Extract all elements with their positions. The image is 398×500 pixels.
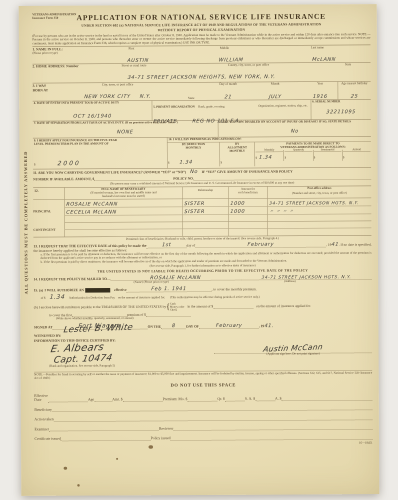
stain-spot <box>116 458 118 460</box>
applicant-sign-caption: (Applicant sign here. Do not print signa… <box>214 352 372 356</box>
value-signed-month: February <box>215 324 242 328</box>
beneficiary-amount: 1000 <box>230 201 245 207</box>
scanned-form-paper: ALL QUESTIONS MUST BE COMPLETELY ANSWERE… <box>19 4 380 496</box>
col-year: Year <box>303 82 338 86</box>
admin-examiner: Examiner <box>34 427 49 431</box>
field-3-born-at: 3. I WAS BORN AT City, town, or post off… <box>33 82 371 102</box>
beneficiary-address: 〃 〃 〃 〃 <box>269 208 294 214</box>
field-11-line2a: NUMBER IF AVAILABLE. AMOUNT, $ <box>33 177 94 182</box>
field-15b-tail: on the amount of insurance applied for. <box>256 304 311 309</box>
beneficiary-relationship: SISTER <box>184 201 205 207</box>
header-address-sub: (Number and street, city, town, or post … <box>268 192 371 196</box>
permitted-class-note: Permitted class of beneficiaries: Husban… <box>33 237 371 242</box>
fraud-note: NOTE.—Penalties for fraud in securing by… <box>34 370 372 380</box>
signature-block: SIGNED AT Fort Niagara ON THE 8 DAY OF F… <box>34 322 372 372</box>
admin-premium: Premium: Mo. $ <box>163 397 188 401</box>
beneficiary-address: 34-71 STREET JACKSON HGTS. N.Y. <box>269 201 359 206</box>
field-11: 11. ARE YOU NOW CARRYING GOVERNMENT LIFE… <box>33 168 371 188</box>
do-not-use-title: DO NOT USE THIS SPACE <box>34 381 372 388</box>
field-6-label: 6. SERIAL NUMBER <box>312 100 370 104</box>
header-beneficiary-name-sub: (If married woman, her own first and mid… <box>65 191 182 199</box>
certifier-caption: (Rank and organization. See reverse side… <box>49 364 115 368</box>
field-11-line2b: POLICY NO. <box>173 176 194 180</box>
header-address: Post-office address <box>268 187 371 191</box>
field-9-line2: LEVEL PREMIUM TERM PLAN IN THE AMOUNT OF <box>34 142 166 146</box>
dollar-sign: $ <box>343 156 345 159</box>
admin-block: DO NOT USE THIS SPACE Effective Date Age… <box>34 381 372 446</box>
admin-reviewer: Reviewer <box>159 426 173 430</box>
field-15a-mid: on the amount of insurance applied for, <box>118 296 165 300</box>
field-14-label: 14. I REQUEST THE POLICY BE MAILED TO— <box>34 277 111 282</box>
field-13-liability: THE UNITED STATES IS NOT LIABLE FOR DEAT… <box>34 268 372 274</box>
print-code: 16—18451 <box>35 441 373 446</box>
header-amount: Amount for each beneficiary <box>229 188 268 195</box>
beneficiary-table: 12. FULL NAME OF BENEFICIARY (If married… <box>33 186 371 238</box>
admin-certificate: Certificate issued <box>34 437 60 441</box>
value-birth-year: 1916 <box>302 94 338 100</box>
col-month: Month <box>248 82 303 86</box>
payment-options: Cash Money order Check <box>170 302 185 311</box>
admin-qr: Qr. $ <box>217 397 225 401</box>
value-signed-day: 8 <box>172 324 176 328</box>
value-disabled: No <box>290 129 298 135</box>
stain-spot <box>77 484 80 487</box>
principal-rows: PRINCIPAL ROSALIE McCANN SISTER 1000 34-… <box>33 198 371 223</box>
admin-sa: S. A. $ <box>245 397 255 401</box>
field-4-label: 4. DATE OF ENTRY INTO PRESENT TOUR OF AC… <box>34 101 151 105</box>
value-15a-amount: 1.34 <box>49 293 65 300</box>
col-state: State <box>326 63 371 67</box>
col-city: City, town, or post office <box>62 83 174 87</box>
value-entry-date: OCT 16/1940 <box>73 114 112 120</box>
value-effective-day: 1st <box>162 243 172 247</box>
fields-4-5-6: 4. DATE OF ENTRY INTO PRESENT TOUR OF AC… <box>33 100 371 122</box>
form-content: VETERANS ADMINISTRATION Insurance Form 3… <box>32 8 372 447</box>
value-15a-date: Feb 1. 1941 <box>151 287 187 291</box>
left-margin-note: ALL QUESTIONS MUST BE COMPLETELY ANSWERE… <box>23 151 29 294</box>
field-2-label: 2. HOME ADDRESS: Number <box>33 64 97 69</box>
field-2-home-address: 2. HOME ADDRESS: Number Street or rural … <box>33 63 371 84</box>
col-middle: Middle <box>184 46 264 50</box>
col-county: County, city, town, or post office <box>172 63 326 68</box>
admin-policy: Policy issued <box>151 436 171 440</box>
col-day: Day of month <box>209 82 248 86</box>
field-15b-amt: in the amount of $ <box>187 305 213 309</box>
field-14: 14. I REQUEST THE POLICY BE MAILED TO— R… <box>34 275 372 285</box>
col-street: Street or rural route <box>97 64 172 69</box>
field-15a: 15. (a) I WILL AUTHORIZE AN ALLOTMENT ef… <box>34 286 372 300</box>
field-15a-note: (This authorization may be effective dur… <box>170 296 260 300</box>
fields-7-8: 7. DATE OF SEPARATION FROM LAST TOUR OF … <box>33 120 371 139</box>
value-carrying-insurance: No <box>190 170 198 174</box>
field-15b: (b) I enclose herewith remittance payabl… <box>34 301 372 321</box>
form-header: VETERANS ADMINISTRATION Insurance Form 3… <box>32 13 370 47</box>
col-age: Age nearest birthday <box>338 82 371 86</box>
admin-beneficiary: Beneficiary <box>34 408 52 412</box>
form-number: VETERANS ADMINISTRATION Insurance Form 3… <box>32 13 76 20</box>
beneficiary-name: ROSALIE McCANN <box>66 202 118 208</box>
witnessed-by-label: WITNESSED BY: <box>34 334 61 338</box>
value-direct-monthly: 1.34 <box>259 155 273 161</box>
beneficiary-relationship: SISTER <box>184 209 205 215</box>
value-separation: NONE <box>117 129 134 135</box>
value-serial-number: 32211095 <box>326 109 356 115</box>
value-birth-state: N.Y. <box>139 94 151 100</box>
col-last: Last name <box>277 46 357 50</box>
value-amount-applied: 2000 <box>57 160 81 167</box>
col-deduction: BY DEDUCTION MONTHLY <box>168 143 219 150</box>
col-allotment: BY ALLOTMENT MONTHLY <box>220 143 254 154</box>
field-1-sublabel: (Please print or type) <box>32 51 91 55</box>
field-5-label: 5. PRESENT ORGANIZATION <box>153 106 194 109</box>
admin-effective-date: Effective Date <box>34 394 48 403</box>
value-effective-year: 41 <box>331 243 339 247</box>
dollar-sign: $ <box>256 157 258 160</box>
field-7-label: 7. DATE OF SEPARATION FROM LAST TOUR OF … <box>34 121 217 125</box>
certifier-rank: Capt. 10474 <box>53 352 113 365</box>
field-15a-auth: Authorization for Deduction from Pay <box>69 296 115 300</box>
field-5-sub2: Organization, regiment, station, ship, e… <box>258 105 308 109</box>
label-contingent: CONTINGENT <box>33 223 64 237</box>
admin-action: Action taken <box>34 417 53 421</box>
caption-address: (Address) <box>284 280 296 284</box>
value-birth-day: 21 <box>208 94 248 100</box>
field-13-dayof: day of <box>186 244 195 248</box>
witness-signature: Lester B. White <box>63 322 134 335</box>
field-15a-eff-label: effective <box>114 288 126 292</box>
caption-name: (Name) (Please print or type) <box>134 281 169 285</box>
stamp-mark: ✳ <box>197 16 201 22</box>
field-13-tail: . If no date is specified, <box>339 243 372 247</box>
field-15b-caption: (Write above whether monthly, quarterly,… <box>56 316 372 321</box>
dollar-sign: $ <box>285 157 287 160</box>
allotment-struck: ALLOTMENT <box>85 288 110 292</box>
photo-backdrop: ALL QUESTIONS MUST BE COMPLETELY ANSWERE… <box>0 0 398 500</box>
col-first: First <box>91 47 171 51</box>
value-effective-month: February <box>247 243 274 247</box>
fields-9-10: 9. I HEREBY APPLY FOR INSURANCE ON THE F… <box>33 137 371 170</box>
dollar-sign: $ <box>34 163 36 166</box>
value-age: 25 <box>338 94 371 100</box>
dollar-sign: $ <box>168 162 170 165</box>
value-deduction-monthly: 1.34 <box>179 160 193 166</box>
beneficiary-amount: 1000 <box>230 209 245 215</box>
dollar-sign: $ <box>221 161 223 164</box>
field-12-number: 12. <box>33 188 64 200</box>
stain-spot <box>64 467 68 470</box>
field-15a-lead: I WILL AUTHORIZE AN <box>45 288 84 292</box>
field-11-line1b: IF “YES” GIVE AMOUNT OF INSURANCE AND PO… <box>202 170 293 174</box>
value-mail-name: ROSALIE McLANN <box>150 276 201 281</box>
field-11-line1: 11. ARE YOU NOW CARRYING GOVERNMENT LIFE… <box>33 170 186 175</box>
contingent-rows: CONTINGENT <box>33 221 371 237</box>
field-1-name: 1. NAME IN FULL: (Please print or type) … <box>32 45 370 64</box>
field-5-sub1: Rank, grade, or rating <box>198 105 224 108</box>
value-mail-address: 34-71 STREET JACKSON HGTS. N.Y. <box>261 275 351 280</box>
dollar-sign: $ <box>314 156 316 159</box>
field-13: 13. I REQUEST THAT THE EFFECTIVE DATE of… <box>33 242 371 274</box>
header-relationship: Relationship <box>183 189 229 193</box>
admin-amt: Amt. $ <box>112 398 122 402</box>
field-15b-lead: (b) I enclose herewith remittance payabl… <box>34 305 166 310</box>
label-principal: PRINCIPAL <box>33 200 64 223</box>
value-home-address: 34-71 STREET JACKSON HEIGHTS, NEW YORK, … <box>127 74 275 80</box>
field-15a-of: of $ <box>41 297 46 301</box>
field-15a-tail: , to cover the monthly premium. <box>212 287 257 291</box>
beneficiary-name: CECELIA McLANN <box>66 210 117 216</box>
field-15a-no: 15. (a) <box>34 288 43 292</box>
field-3-label: 3. I WAS BORN AT <box>33 83 62 101</box>
value-birth-month: JULY <box>247 94 303 100</box>
value-birth-city: NEW YORK CITY <box>84 94 131 100</box>
field-8-label: 8. ARE YOU NOW DISABLED ON ACCOUNT OF IN… <box>219 120 370 124</box>
